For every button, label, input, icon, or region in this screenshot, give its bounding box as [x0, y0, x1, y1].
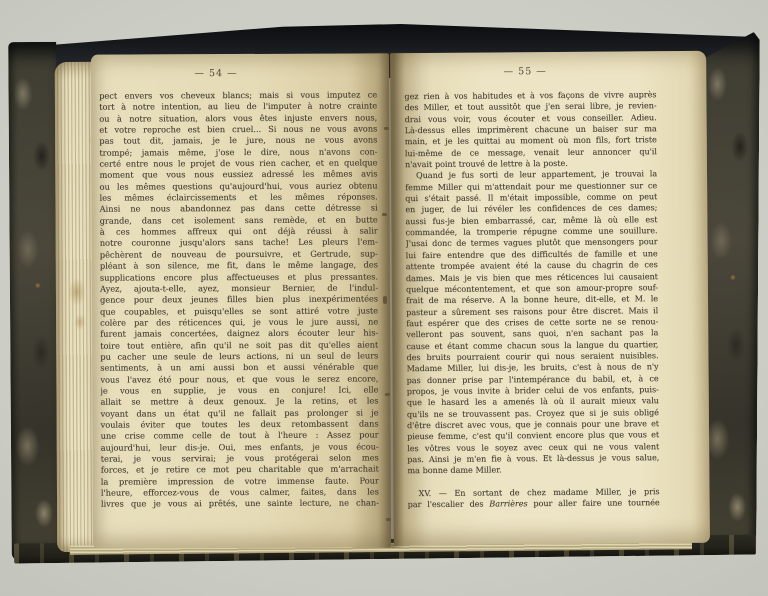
page-55-text: gez rien à vos habitudes et à vos façons… [404, 89, 659, 511]
text-line: Ainsi ne nous abandonnez pas dans cette … [100, 203, 378, 216]
text-line: moment que vous nous eussiez adressé les… [99, 169, 377, 182]
text-line: gence pour deux jeunes filles bien plus … [100, 294, 378, 307]
marbled-cover-left [8, 42, 60, 560]
text-line: sentiments, à un ami aussi bon et aussi … [100, 362, 378, 375]
page-55: — 55 — gez rien à vos habitudes et à vos… [390, 51, 710, 545]
text-line: forces, et je retire ce mot peu charitab… [101, 464, 379, 477]
text-line: furent jamais concertées, daignez alors … [100, 328, 378, 341]
text-line: pléant à son silence, me fit, dans le mê… [100, 260, 378, 273]
stitch-mark [384, 127, 389, 130]
stitch-mark [385, 393, 390, 396]
stitch-mark [383, 296, 387, 304]
text-line: par l'escalier des Barrières pour aller … [408, 498, 660, 511]
stitch-mark [386, 518, 391, 521]
text-line: une crise comme celle de tout à l'heure … [101, 430, 379, 443]
book-photo-background: — 54 — pect envers vos cheveux blancs; m… [0, 0, 768, 596]
text-line: lui-même de ce message, venait leur anno… [405, 146, 657, 159]
page-55-header: — 55 — [400, 65, 650, 78]
text-line: notre couronne jusqu'alors sans tache! L… [100, 237, 378, 250]
text-line: pas tout dit, jamais, je le jure, nous n… [99, 135, 377, 148]
text-line: supplications encore plus affectueuses e… [100, 271, 378, 284]
page-54-text: pect envers vos cheveux blancs; mais si … [99, 89, 379, 510]
text-line: livres que je vous ai prêtés, une sainte… [101, 498, 379, 511]
stitch-mark [382, 213, 387, 216]
page-54: — 54 — pect envers vos cheveux blancs; m… [91, 53, 391, 548]
text-line: allait se mettre à deux genoux. Je la re… [100, 396, 378, 409]
text-line: tort à notre intention, au lieu de l'imp… [99, 101, 377, 114]
page-54-header: — 54 — [91, 68, 341, 80]
